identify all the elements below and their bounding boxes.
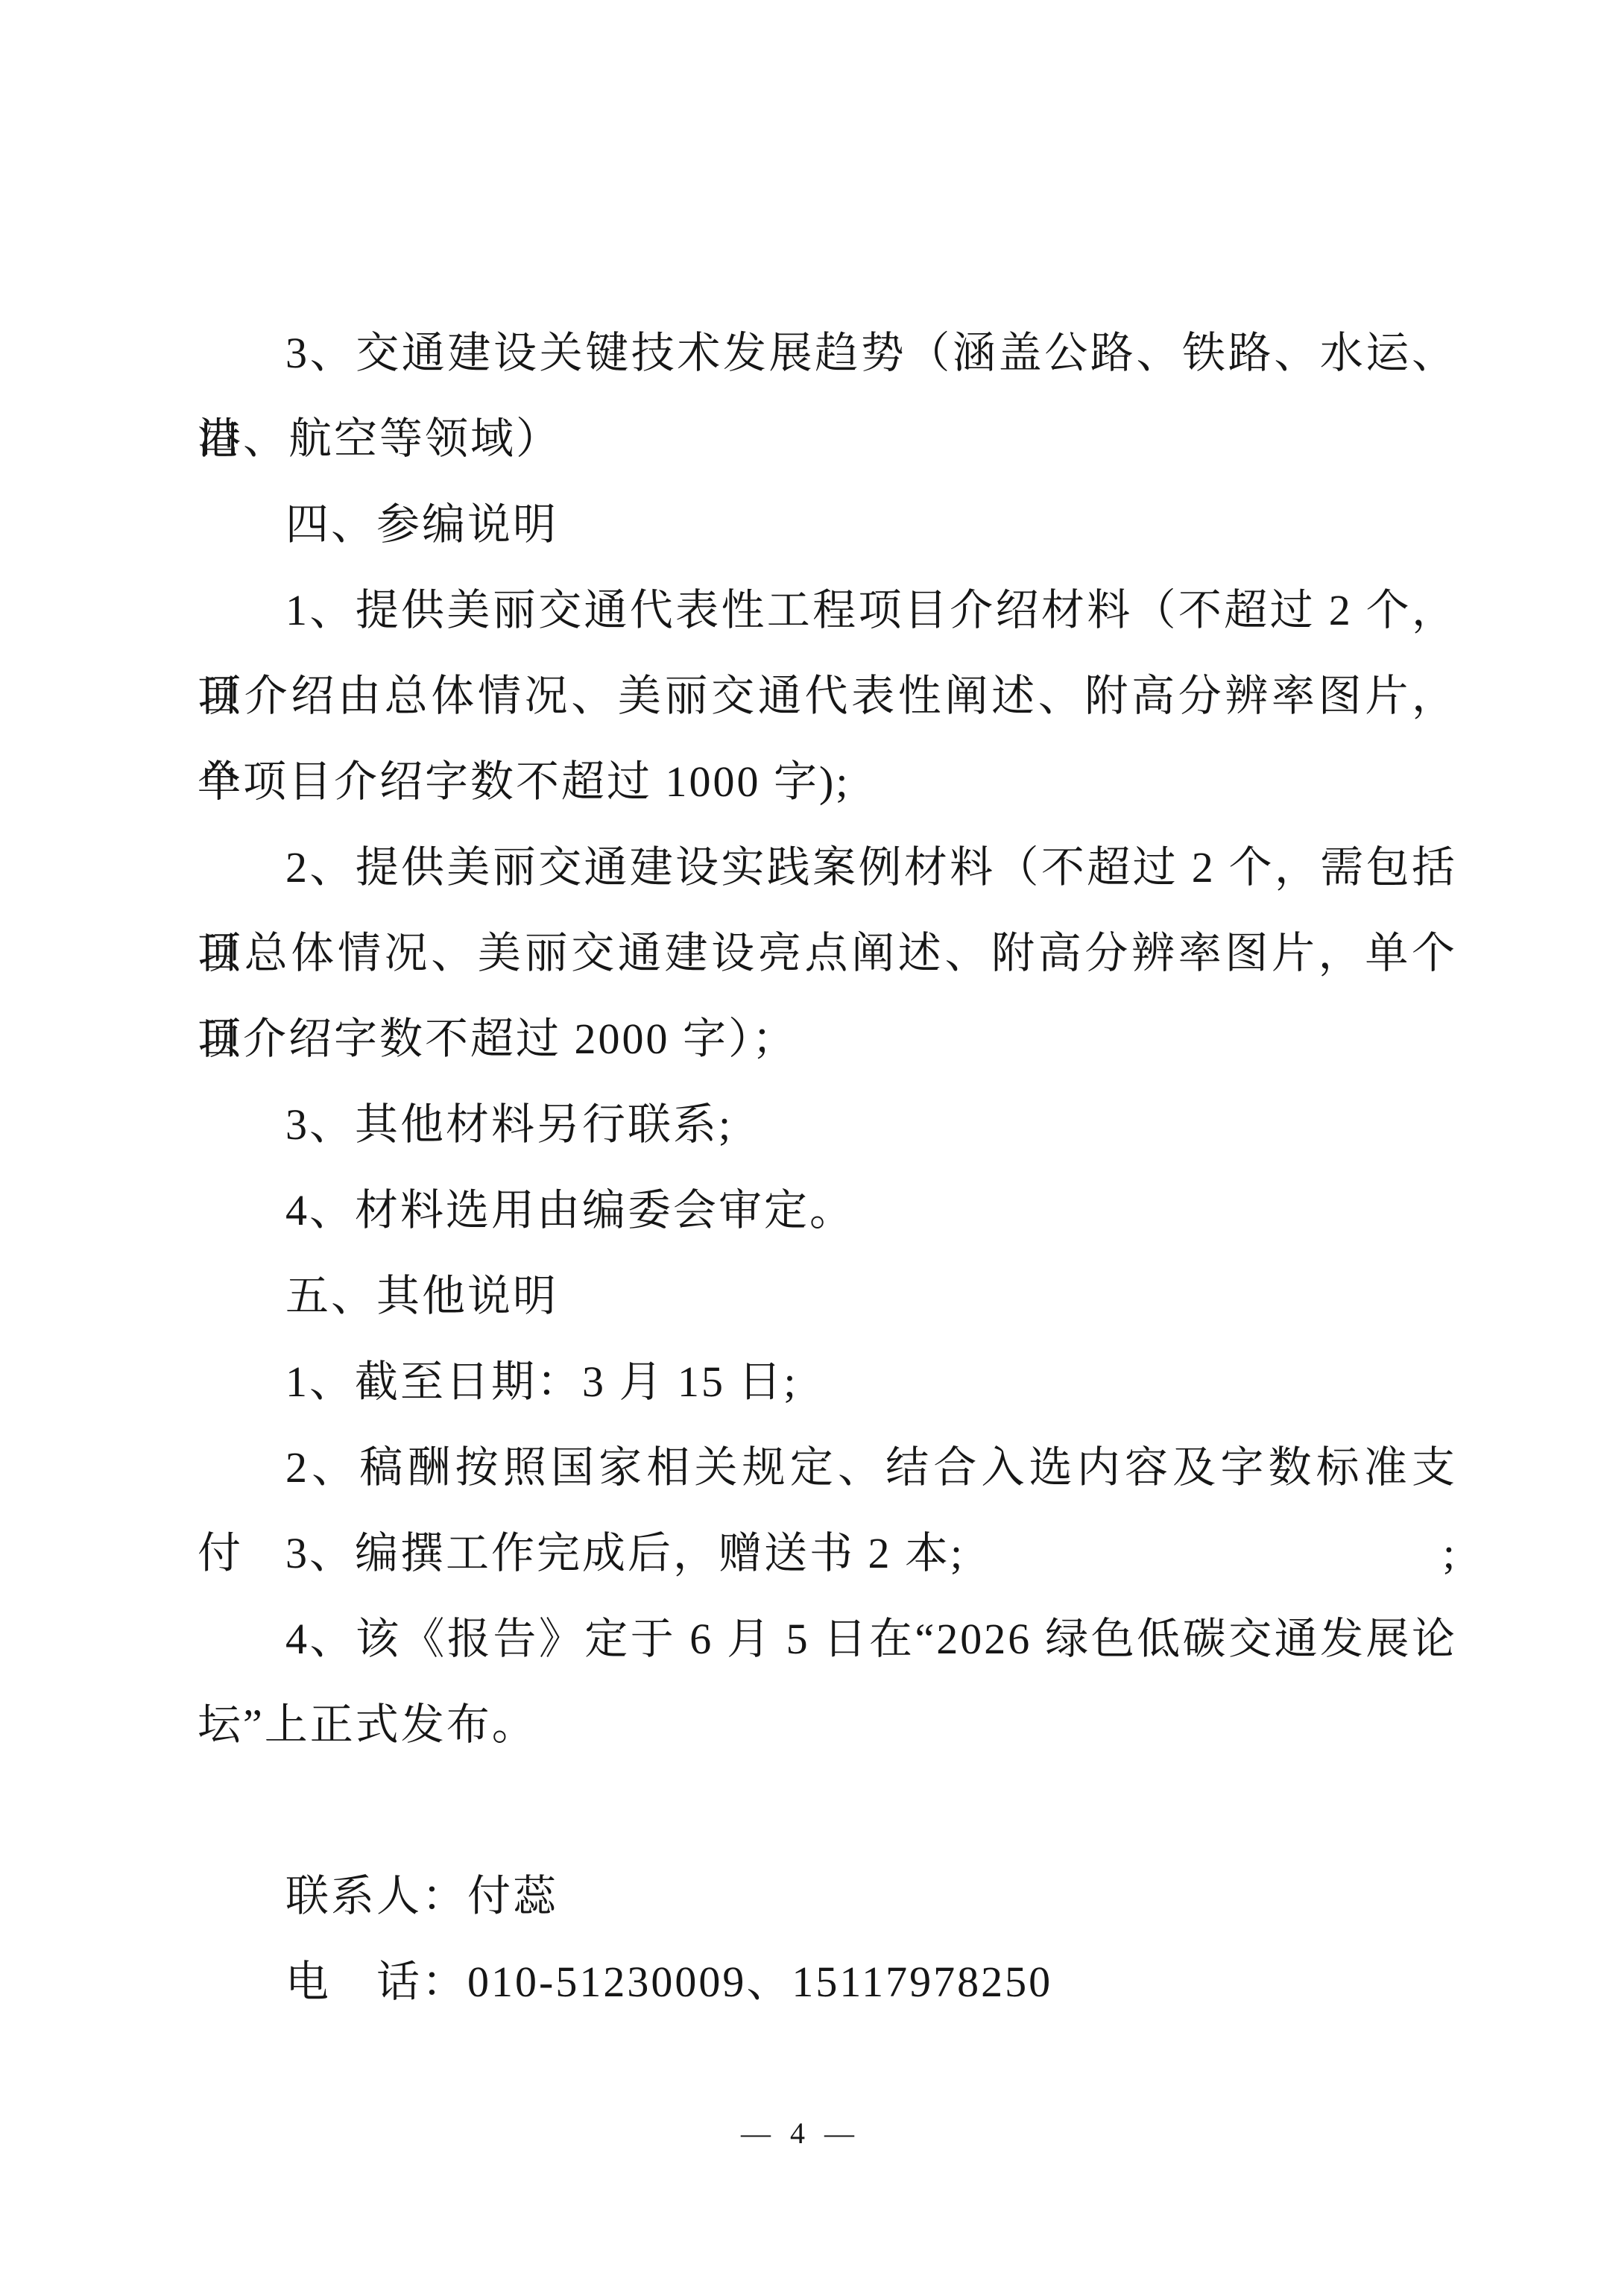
document-body: 3、交通建设关键技术发展趋势（涵盖公路、铁路、水运、港口、航空等领域）四、参编说… (198, 310, 1457, 2025)
text-line (198, 1767, 1457, 1853)
text-line: 目介绍由总体情况、美丽交通代表性阐述、附高分辨率图片，单 (198, 653, 1457, 739)
text-line: 2、稿酬按照国家相关规定、结合入选内容及字数标准支付; (198, 1425, 1457, 1510)
text-line: 2、提供美丽交通建设实践案例材料（不超过 2 个，需包括项 (198, 824, 1457, 910)
text-line: 4、该《报告》定于 6 月 5 日在“2026 绿色低碳交通发展论 (198, 1596, 1457, 1682)
text-line: 3、交通建设关键技术发展趋势（涵盖公路、铁路、水运、港 (198, 310, 1457, 396)
text-line: 五、其他说明 (198, 1253, 1457, 1339)
text-line: 目总体情况、美丽交通建设亮点阐述、附高分辨率图片，单个项 (198, 910, 1457, 996)
text-line: 个项目介绍字数不超过 1000 字); (198, 739, 1457, 824)
text-line: 四、参编说明 (198, 482, 1457, 567)
text-line: 1、截至日期：3 月 15 日; (198, 1339, 1457, 1425)
text-line: 联系人：付蕊 (198, 1853, 1457, 1939)
text-line: 电 话：010-51230009、15117978250 (198, 1939, 1457, 2025)
page-number: — 4 — (0, 2116, 1601, 2151)
text-line: 目介绍字数不超过 2000 字）； (198, 996, 1457, 1082)
text-line: 3、其他材料另行联系; (198, 1082, 1457, 1167)
document-page: 3、交通建设关键技术发展趋势（涵盖公路、铁路、水运、港口、航空等领域）四、参编说… (0, 0, 1601, 2296)
text-line: 坛”上正式发布。 (198, 1682, 1457, 1767)
text-line: 1、提供美丽交通代表性工程项目介绍材料（不超过 2 个，项 (198, 567, 1457, 653)
text-line: 4、材料选用由编委会审定。 (198, 1167, 1457, 1253)
text-line: 口、航空等领域） (198, 396, 1457, 482)
